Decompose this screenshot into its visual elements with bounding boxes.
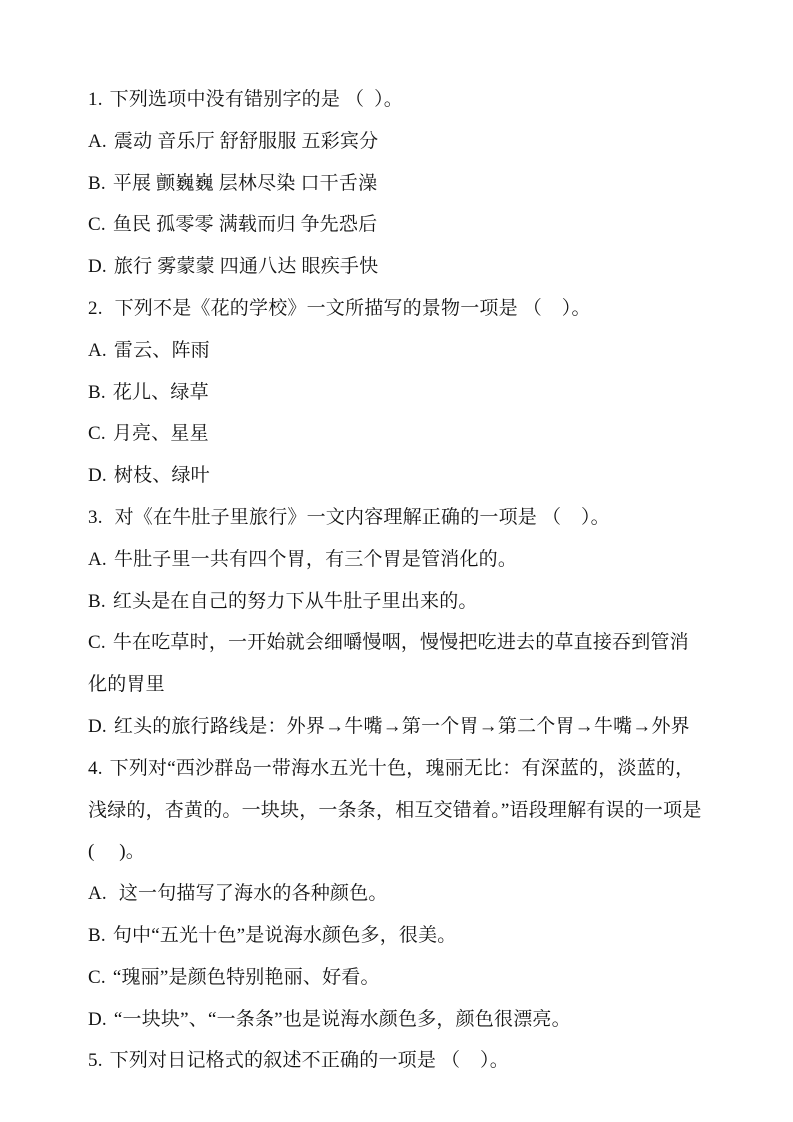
option-text: 树枝、绿叶 xyxy=(114,465,210,486)
question-3-option-b: B.红头是在自己的努力下从牛肚子里出来的。 xyxy=(88,581,706,623)
option-label: C. xyxy=(88,967,106,988)
question-4-stem: 4.下列对“西沙群岛一带海水五光十色，瑰丽无比：有深蓝的，淡蓝的，浅绿的，杏黄的… xyxy=(88,748,706,873)
question-1-option-a: A.震动 音乐厅 舒舒服服 五彩宾分 xyxy=(88,121,706,163)
question-2-option-c: C.月亮、星星 xyxy=(88,413,706,455)
option-label: D. xyxy=(88,465,107,486)
question-1-text: 下列选项中没有错别字的是 （ ）。 xyxy=(110,89,403,110)
option-text: 鱼民 孤零零 满载而归 争先恐后 xyxy=(113,214,377,235)
question-5-stem: 5.下列对日记格式的叙述不正确的一项是 （ ）。 xyxy=(88,1040,706,1082)
option-label: D. xyxy=(88,256,107,277)
question-3-stem: 3. 对《在牛肚子里旅行》一文内容理解正确的一项是 （ ）。 xyxy=(88,497,706,539)
question-1-option-c: C.鱼民 孤零零 满载而归 争先恐后 xyxy=(88,204,706,246)
question-3-text: 对《在牛肚子里旅行》一文内容理解正确的一项是 （ ）。 xyxy=(110,507,610,528)
question-1-number: 1. xyxy=(88,89,103,110)
question-4-number: 4. xyxy=(88,758,103,779)
question-1-option-b: B.平展 颤巍巍 层林尽染 口干舌澡 xyxy=(88,163,706,205)
option-text: 月亮、星星 xyxy=(113,423,209,444)
option-label: A. xyxy=(88,883,107,904)
question-4-option-d: D.“一块块”、“一条条”也是说海水颜色多，颜色很漂亮。 xyxy=(88,999,706,1041)
question-2-text: 下列不是《花的学校》一文所描写的景物一项是 （ ）。 xyxy=(110,298,591,319)
option-label: B. xyxy=(88,382,106,403)
option-label: D. xyxy=(88,716,107,737)
question-4-text: 下列对“西沙群岛一带海水五光十色，瑰丽无比：有深蓝的，淡蓝的，浅绿的，杏黄的。一… xyxy=(88,758,707,863)
option-label: D. xyxy=(88,1009,107,1030)
option-label: B. xyxy=(88,591,106,612)
question-5-text: 下列对日记格式的叙述不正确的一项是 （ ）。 xyxy=(110,1050,509,1071)
question-4-option-b: B.句中“五光十色”是说海水颜色多，很美。 xyxy=(88,915,706,957)
question-2-option-a: A.雷云、阵雨 xyxy=(88,330,706,372)
question-4-option-c: C.“瑰丽”是颜色特别艳丽、好看。 xyxy=(88,957,706,999)
question-5-number: 5. xyxy=(88,1050,103,1071)
option-text: 句中“五光十色”是说海水颜色多，很美。 xyxy=(113,925,457,946)
question-2-option-b: B.花儿、绿草 xyxy=(88,372,706,414)
option-label: A. xyxy=(88,131,107,152)
option-label: A. xyxy=(88,549,107,570)
option-text: 旅行 雾蒙蒙 四通八达 眼疾手快 xyxy=(114,256,378,277)
option-text: “瑰丽”是颜色特别艳丽、好看。 xyxy=(113,967,380,988)
option-text: 花儿、绿草 xyxy=(113,382,209,403)
option-label: A. xyxy=(88,340,107,361)
option-label: C. xyxy=(88,423,106,444)
question-1-option-d: D.旅行 雾蒙蒙 四通八达 眼疾手快 xyxy=(88,246,706,288)
document-page: 1.下列选项中没有错别字的是 （ ）。 A.震动 音乐厅 舒舒服服 五彩宾分 B… xyxy=(0,0,793,1122)
question-2-number: 2. xyxy=(88,298,103,319)
option-text: 这一句描写了海水的各种颜色。 xyxy=(114,883,388,904)
option-text: 红头的旅行路线是：外界→牛嘴→第一个胃→第二个胃→牛嘴→外界 xyxy=(114,716,690,737)
question-2-option-d: D.树枝、绿叶 xyxy=(88,455,706,497)
question-2-stem: 2. 下列不是《花的学校》一文所描写的景物一项是 （ ）。 xyxy=(88,288,706,330)
option-text: 牛在吃草时，一开始就会细嚼慢咽，慢慢把吃进去的草直接吞到管消化的胃里 xyxy=(88,632,689,695)
question-3-option-c: C.牛在吃草时，一开始就会细嚼慢咽，慢慢把吃进去的草直接吞到管消化的胃里 xyxy=(88,622,706,706)
option-text: 雷云、阵雨 xyxy=(114,340,210,361)
option-text: “一块块”、“一条条”也是说海水颜色多，颜色很漂亮。 xyxy=(114,1009,571,1030)
option-text: 红头是在自己的努力下从牛肚子里出来的。 xyxy=(113,591,478,612)
question-3-number: 3. xyxy=(88,507,103,528)
option-text: 平展 颤巍巍 层林尽染 口干舌澡 xyxy=(113,173,377,194)
option-label: C. xyxy=(88,632,106,653)
option-label: B. xyxy=(88,925,106,946)
option-label: B. xyxy=(88,173,106,194)
question-3-option-d: D.红头的旅行路线是：外界→牛嘴→第一个胃→第二个胃→牛嘴→外界 xyxy=(88,706,706,748)
question-4-option-a: A. 这一句描写了海水的各种颜色。 xyxy=(88,873,706,915)
option-label: C. xyxy=(88,214,106,235)
question-1-stem: 1.下列选项中没有错别字的是 （ ）。 xyxy=(88,79,706,121)
question-3-option-a: A.牛肚子里一共有四个胃，有三个胃是管消化的。 xyxy=(88,539,706,581)
option-text: 震动 音乐厅 舒舒服服 五彩宾分 xyxy=(114,131,378,152)
option-text: 牛肚子里一共有四个胃，有三个胃是管消化的。 xyxy=(114,549,517,570)
